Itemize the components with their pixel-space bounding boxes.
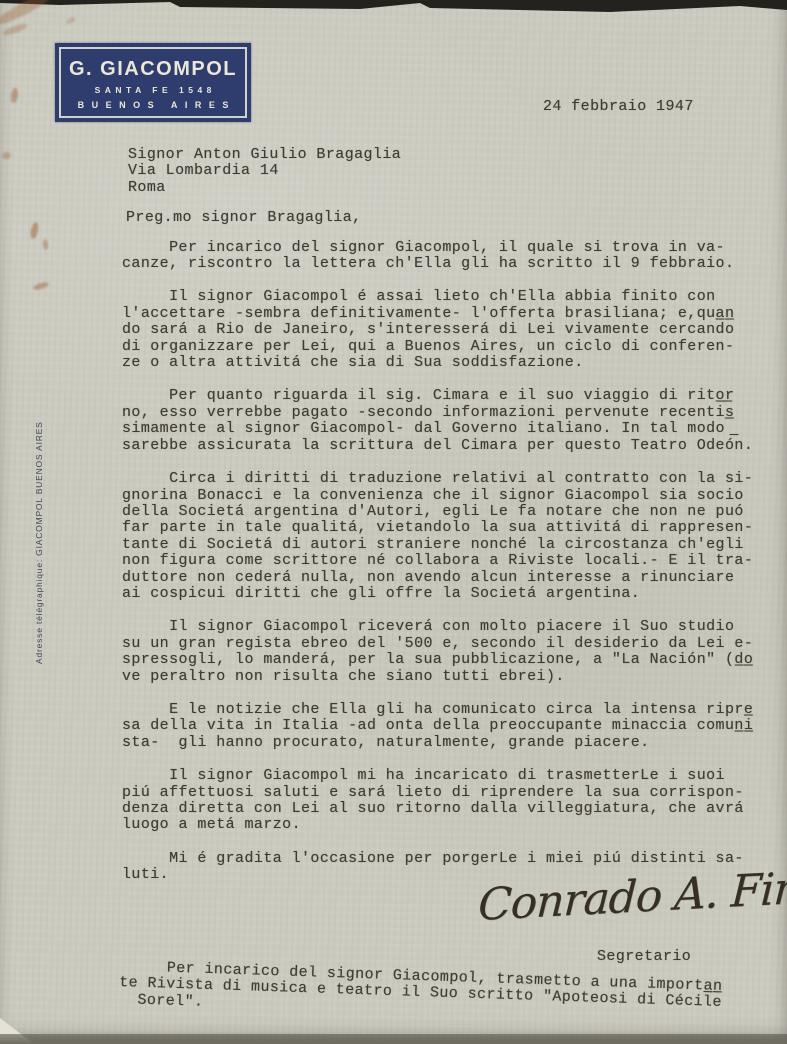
signature-title: Segretario: [597, 949, 691, 965]
paragraph-3: Per quanto riguarda il sig. Cimara e il …: [122, 388, 772, 454]
letterhead-street: SANTA FE 1548: [90, 85, 216, 95]
paragraph-5: Il signor Giacompol riceverá con molto p…: [122, 619, 772, 685]
rust-stain: [29, 221, 39, 239]
letter-body: Signor Anton Giulio Bragaglia Via Lombar…: [122, 147, 772, 901]
letterhead-company-name: G. GIACOMPOL: [69, 58, 237, 81]
rust-stain: [65, 16, 76, 25]
paragraph-1: Per incarico del signor Giacompol, il qu…: [122, 240, 772, 273]
scan-torn-edge-top: [0, 0, 787, 14]
telegraph-address-vertical: Adresse télégraphique: GIACOMPOL BUENOS …: [34, 408, 44, 664]
letter-page: G. GIACOMPOL SANTA FE 1548 BUENOS AIRES …: [0, 0, 787, 1044]
paragraph-2: Il signor Giacompol é assai lieto ch'Ell…: [122, 289, 772, 371]
recipient-address: Signor Anton Giulio Bragaglia Via Lombar…: [128, 147, 772, 196]
letterhead-box: G. GIACOMPOL SANTA FE 1548 BUENOS AIRES: [55, 43, 251, 122]
letter-date: 24 febbraio 1947: [543, 99, 694, 115]
salutation: Preg.mo signor Bragaglia,: [126, 210, 772, 226]
rust-stain: [10, 88, 19, 104]
postscript: Per incarico del signor Giacompol, trasm…: [118, 959, 787, 1030]
paragraph-7: Il signor Giacompol mi ha incaricato di …: [122, 768, 772, 834]
paragraph-6: E le notizie che Ella gli ha comunicato …: [122, 702, 772, 751]
rust-stain: [42, 239, 48, 250]
paragraph-4: Circa i diritti di traduzione relativi a…: [122, 471, 772, 602]
rust-stain: [32, 281, 49, 292]
letterhead-inner-border: G. GIACOMPOL SANTA FE 1548 BUENOS AIRES: [59, 47, 247, 118]
rust-stain: [2, 22, 29, 37]
scan-edge-bottom: [0, 1034, 787, 1044]
rust-stain: [2, 152, 11, 159]
letterhead-city: BUENOS AIRES: [70, 100, 236, 110]
